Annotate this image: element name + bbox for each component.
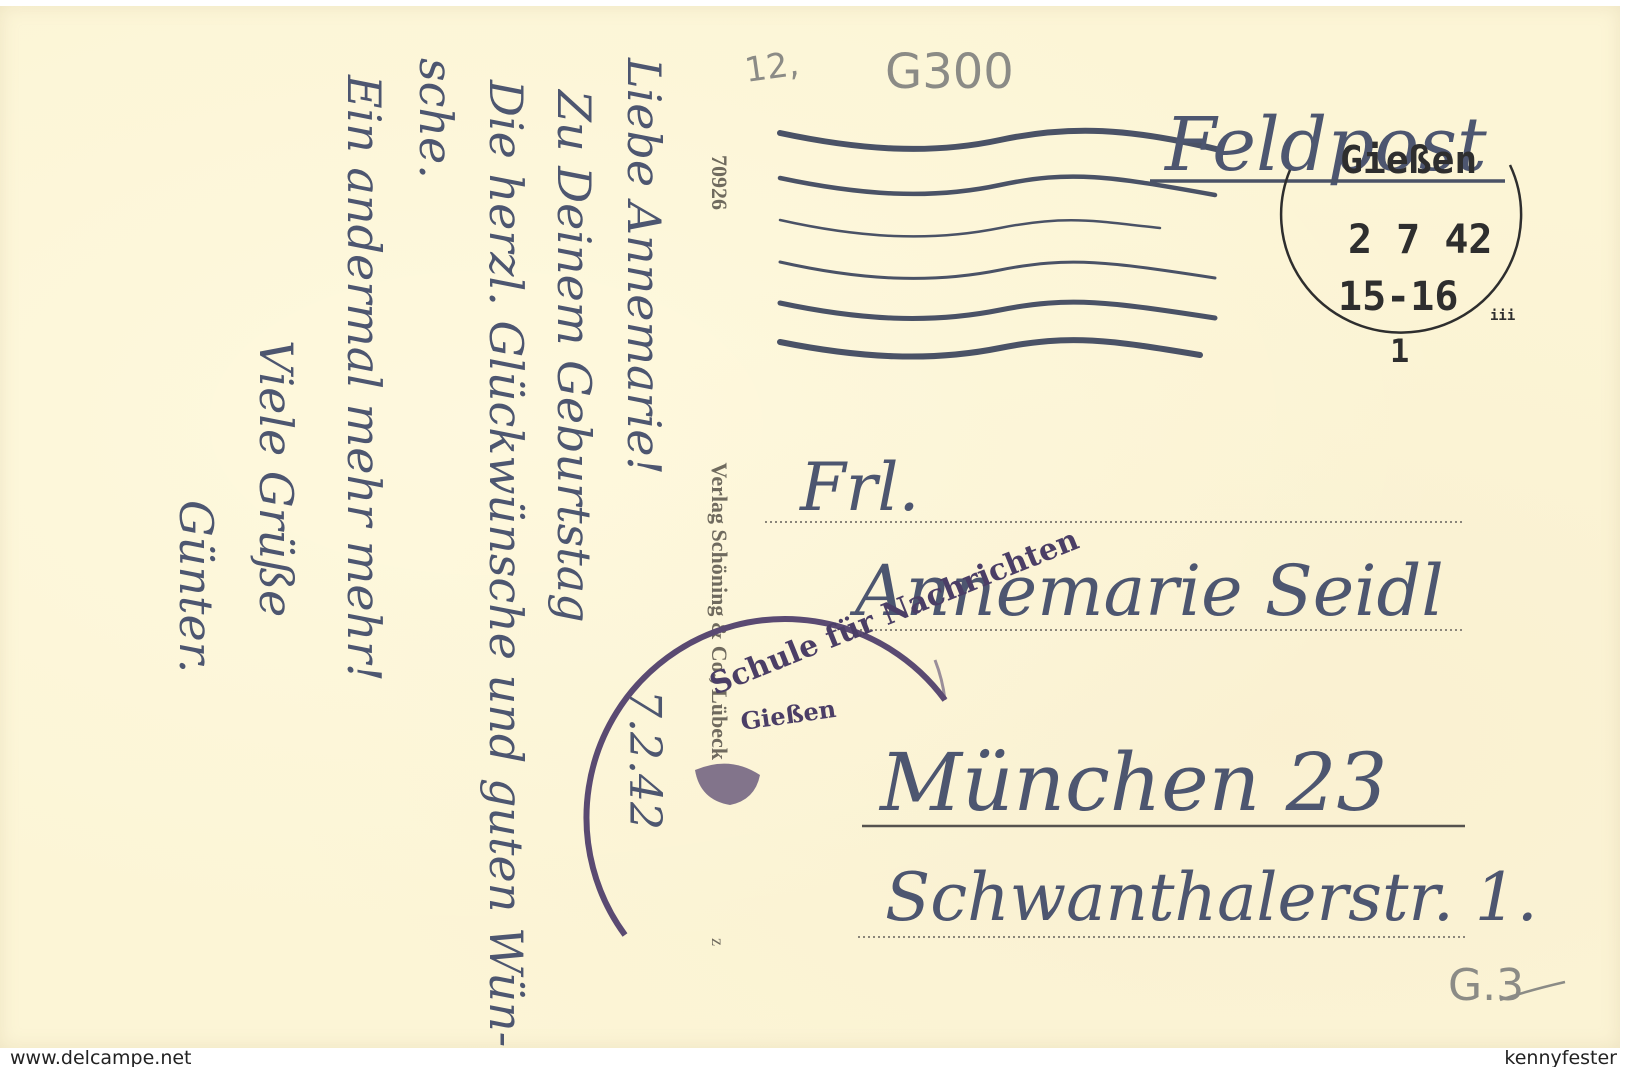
postcard-back <box>0 6 1620 1048</box>
watermark-seller: kennyfester <box>1504 1050 1617 1067</box>
watermark-delcampe: www.delcampe.net <box>10 1050 192 1067</box>
